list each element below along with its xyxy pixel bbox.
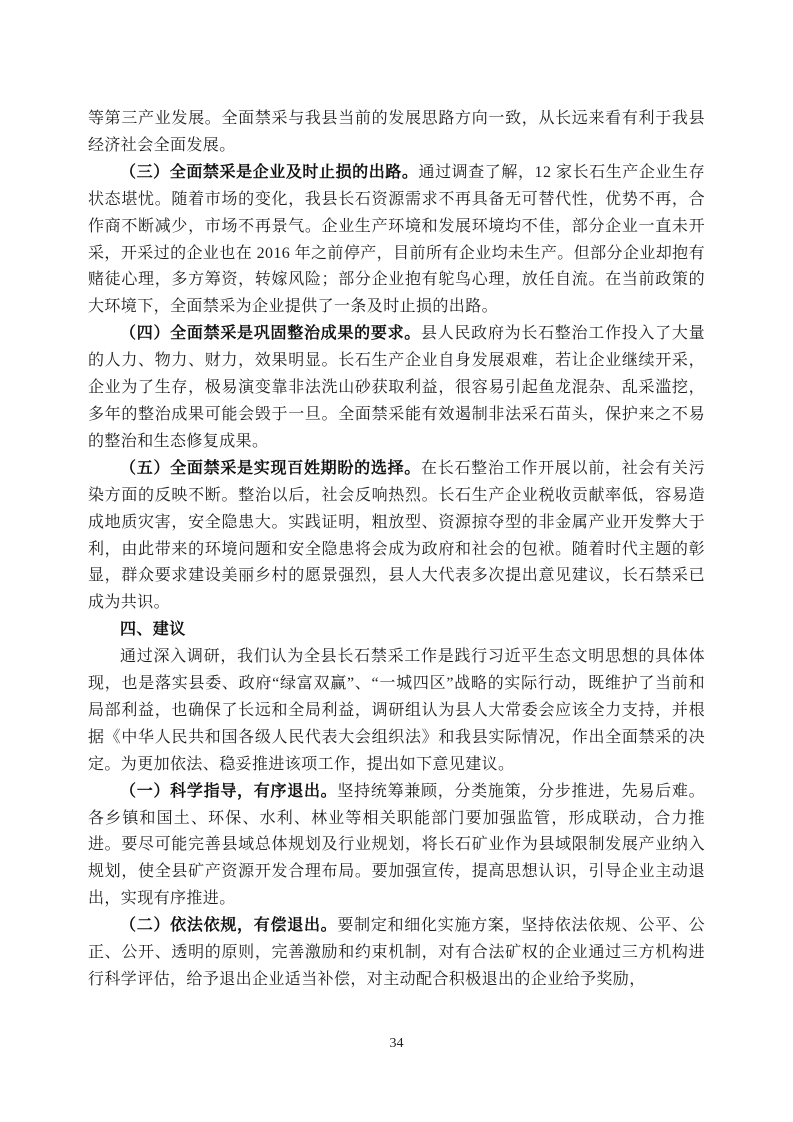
- page-footer: 34: [0, 1036, 793, 1052]
- page-number: 34: [390, 1036, 404, 1051]
- paragraph: （二）依法依规，有偿退出。要制定和细化实施方案，坚持依法依规、公平、公正、公开、…: [88, 913, 705, 994]
- paragraph-lead: （一）科学指导，有序退出。: [120, 783, 337, 800]
- paragraph-lead: （五）全面禁采是实现百姓期盼的选择。: [120, 460, 421, 477]
- document-page: 等第三产业发展。全面禁采与我县当前的发展思路方向一致，从长远来看有利于我县经济社…: [0, 0, 793, 1122]
- document-body: 等第三产业发展。全面禁采与我县当前的发展思路方向一致，从长远来看有利于我县经济社…: [88, 106, 705, 994]
- paragraph: （一）科学指导，有序退出。坚持统筹兼顾，分类施策，分步推进，先易后难。各乡镇和国…: [88, 779, 705, 914]
- paragraph: （三）全面禁采是企业及时止损的出路。通过调查了解，12 家长石生产企业生存状态堪…: [88, 160, 705, 321]
- paragraph-lead: （二）依法依规，有偿退出。: [120, 917, 337, 934]
- paragraph: （四）全面禁采是巩固整治成果的要求。县人民政府为长石整治工作投入了大量的人力、物…: [88, 321, 705, 456]
- paragraph: 通过深入调研，我们认为全县长石禁采工作是践行习近平生态文明思想的具体体现，也是落…: [88, 644, 705, 779]
- paragraph: （五）全面禁采是实现百姓期盼的选择。在长石整治工作开展以前，社会有关污染方面的反…: [88, 456, 705, 617]
- paragraph-lead: （三）全面禁采是企业及时止损的出路。: [120, 164, 418, 181]
- paragraph: 等第三产业发展。全面禁采与我县当前的发展思路方向一致，从长远来看有利于我县经济社…: [88, 106, 705, 160]
- paragraph-lead: （四）全面禁采是巩固整治成果的要求。: [120, 325, 421, 342]
- section-heading: 四、建议: [88, 617, 705, 644]
